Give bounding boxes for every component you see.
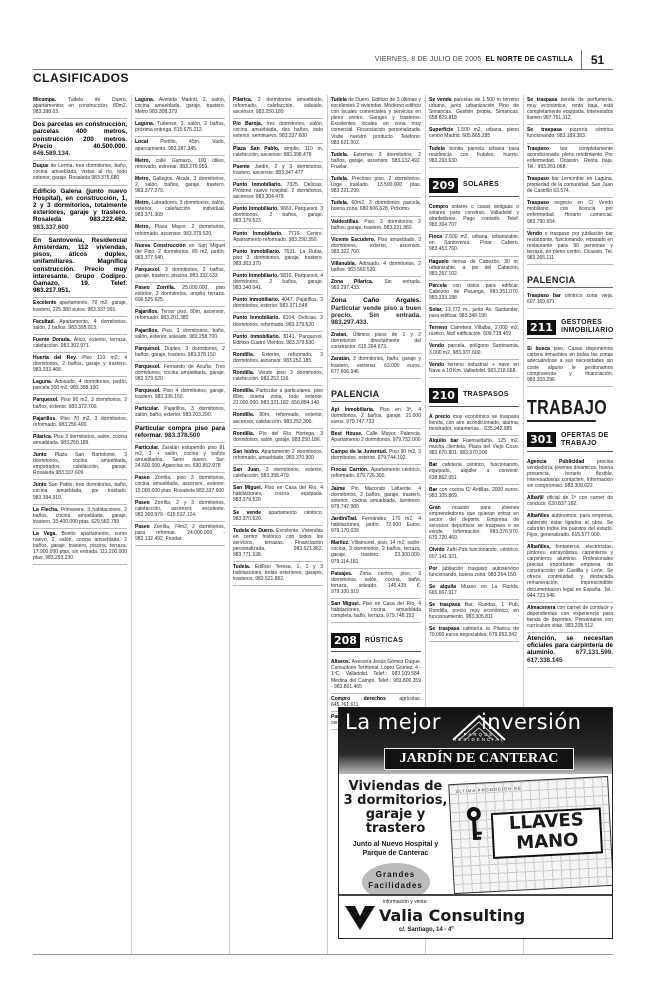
classified-ad: Albañiles autónomos, para empresa, sabie… (527, 511, 613, 541)
classified-ad: Micumpa. Tudela de Duero, apartamentos e… (33, 95, 127, 119)
classified-ad-lead: Pilarica. (33, 434, 54, 440)
classified-ad-lead: Se traspasa (429, 602, 465, 608)
classified-ad-lead: Si busca (527, 346, 554, 352)
classified-ad-lead: Rondilla. (233, 388, 256, 394)
section-label: OFERTAS DE TRABAJO (561, 432, 613, 448)
classified-ad-lead: A precio (429, 414, 453, 420)
classified-ad-lead: Punto Inmobiliario. (233, 231, 288, 237)
classified-ad: Mariluz. Villamuriel, piso, 14 m2, salón… (331, 538, 421, 568)
classified-ad-lead: Parquesol. (33, 397, 61, 403)
column-1: Micumpa. Tudela de Duero, apartamentos e… (33, 95, 127, 955)
ad-header: La mejorinversión PARQUERESIDENCIAL JARD… (339, 708, 612, 774)
classified-ad-lead: Traspaso (527, 200, 554, 206)
classified-ad-lead: Fincas Carrión. (331, 467, 371, 473)
section-header-209: 209SOLARES (429, 178, 519, 197)
section-label: RÚSTICAS (365, 637, 403, 645)
classified-ad: Terreno Carretera Villalba, 2.000 m2, rú… (429, 323, 519, 341)
classified-ad-lead: Compro derechos (331, 696, 399, 702)
classified-ad: Punto Inmobiliario. 8104. Delicias. 2 do… (233, 313, 323, 331)
trabajo-header: TRABAJO (527, 397, 596, 422)
classified-ad: Junto San Pablo, tres dormitorios, baño,… (33, 480, 127, 504)
classified-ad-lead: Punto Inmobiliario. (233, 315, 283, 321)
classified-ad-lead: Campo de la Juventud. (331, 449, 389, 455)
classified-ad: La Flecha. Primavera. 3 habitaciones, 2 … (33, 505, 127, 529)
classified-ad-lead: Paseo (135, 475, 155, 481)
classified-ad: Se alquila Museo en La Florida. 665.667.… (429, 582, 519, 600)
classified-ad: Jaime Pío Macondo Lafuente. 4 dormitorio… (331, 484, 421, 514)
classified-ad: Edificio Galena (junto nuevo Hospital), … (33, 186, 127, 235)
section-number-badge: 209 (429, 178, 458, 193)
section-title: CLASIFICADOS (33, 71, 129, 85)
section-number-badge: 210 (429, 388, 458, 403)
ad-company-name: Valia Consulting (379, 906, 525, 925)
classified-ad-lead: Zona Caño Argales. (331, 297, 421, 304)
classified-ad-lead: Punto Inmobiliario. (233, 334, 283, 340)
classified-ad-lead: Duque (33, 163, 51, 169)
section-label: TRASPASOS (463, 391, 509, 399)
classified-ad: Punto Inmobiliario. 5810. Parquesol, 4 d… (233, 271, 323, 295)
classified-ad-lead: San Juan. (233, 467, 266, 473)
classified-ad: Zaratán, 3 dormitorios, baño, garaje y t… (331, 354, 421, 378)
classified-ad: Aliseos. Asesoría Jesús Gómez Duque. Con… (331, 657, 421, 693)
classified-ad: Particular compra piso para reformar. 98… (135, 423, 225, 443)
classified-ad-lead: Particular. (135, 445, 162, 451)
classified-ad-lead: Vendo (429, 362, 448, 368)
classified-ad: Punto Inmobiliario. 7325. Delicias. Próx… (233, 180, 323, 204)
city-header: PALENCIA (527, 275, 613, 288)
section-header-301: 301OFERTAS DE TRABAJO (527, 432, 613, 452)
classified-ad: Particular. Zaratán estupendo piso 81 m2… (135, 443, 225, 473)
classified-ad-lead: Agencia Publicidad (527, 459, 597, 465)
classified-ad-lead: Se alquila (429, 584, 461, 590)
classified-ad: Gran ocasión para jóvenes emprendedores … (429, 503, 519, 546)
classified-ad-lead: Aliseos. (331, 659, 352, 665)
classified-ad: Metro, calle Gamazo, 100 útiles, renovad… (135, 156, 225, 174)
classified-ad: Puente Jardín, 2 y 3 dormitorios, traste… (233, 162, 323, 180)
ad-offer: Viviendas de 3 dormitorios, garaje y tra… (343, 780, 448, 901)
classified-ad-lead: Facultad. (33, 319, 59, 325)
classified-ad: Punto Inmobiliario. 9663. Parquesol. 3 d… (233, 204, 323, 228)
classified-ad-lead: Puente (233, 164, 254, 170)
classified-ad-lead: Punto Inmobiliario. (233, 182, 287, 188)
classified-ad-lead: Bar (429, 462, 442, 468)
classified-ad: Se vende parcelas de 1.500 m terreno urb… (429, 95, 519, 125)
classified-ad-lead: Tudela (331, 97, 348, 103)
classified-ad: Punto Inmobiliario. 7631. La Rubia, piso… (233, 247, 323, 271)
classified-ad: Paseo Zorrilla, 2 y 3 dormitorios, calef… (135, 498, 225, 522)
classified-ad-lead: Plaza San Pablo, (233, 146, 284, 152)
classified-ad: Laguna. Avenida Madrid, 2, salón, cocina… (135, 95, 225, 119)
classified-ad: Api Inmobiliaria. Piso en 3ª, 4 dormitor… (331, 405, 421, 429)
classified-ad: Tudela. Precioso piso, 2 dormitorios. Ur… (331, 174, 421, 198)
classified-ad-lead: Tudela. (331, 200, 352, 206)
classified-ad-lead: Punto Inmobiliario. (233, 249, 284, 255)
classified-ad-text: 983.337.600 (33, 224, 69, 231)
classified-ad-lead: Pajarillos. (135, 309, 161, 315)
classified-ad-lead: Superficie (429, 127, 457, 133)
classified-ad: Traspaso negocio en C/ Vendo mobiliario,… (527, 198, 613, 228)
classified-ad: Parquesol. Piso 4 dormitorios, garaje, t… (135, 386, 225, 404)
classified-ad-lead: Albañil (527, 495, 547, 501)
classified-ad: Campo de la Juventud. Piso 90 m2, 3 dorm… (331, 447, 421, 465)
classified-ad: Atención, se necesitan oficiales para ca… (527, 633, 613, 668)
classified-ad-lead: Zaratán, (331, 356, 353, 362)
classified-ad: Si busca piso, Casas disponemos cartera … (527, 344, 613, 387)
classified-ad-lead: Best House. (331, 431, 366, 437)
classified-ad-lead: Punto Inmobiliario. (233, 206, 280, 212)
newspaper-page: VIERNES, 8 DE JULIO DE 2005 EL NORTE DE … (33, 50, 613, 955)
classified-ad: Punto Inmobiliario. 7716. Centro. Aparta… (233, 229, 323, 247)
masthead: VIERNES, 8 DE JULIO DE 2005 EL NORTE DE … (33, 50, 613, 70)
classified-ad: Huerta del Rey. Piso 110 m2, 4 dormitori… (33, 353, 127, 377)
classified-ad-lead: Laguna. (135, 97, 159, 103)
classified-ad-text: ocasión para jóvenes emprendedores que q… (429, 505, 519, 541)
classified-ad: Vendo parcela, polígono Santovenia, 3.00… (429, 341, 519, 359)
classified-ad: Alquilo bar Fuensaldaña. 125 m2, mucha c… (429, 436, 519, 460)
section-header-208: 208RÚSTICAS (331, 633, 421, 652)
classified-ad-text: de Duero. Edificio de 3 últimas y excele… (331, 97, 421, 146)
classified-ad-lead: Terreno (429, 325, 450, 331)
classified-ad: Local Portillo, 45m. Vado, aparcamiento.… (135, 137, 225, 155)
section-number-badge: 301 (527, 432, 556, 447)
classified-ad-lead: Metro, (135, 158, 156, 164)
classified-ad: Almacenera con carnet de conducir y depe… (527, 603, 613, 633)
classified-ad-lead: Se vende (429, 97, 454, 103)
valia-logo-icon (345, 902, 375, 932)
column-2: Laguna. Avenida Madrid, 2, salón, cocina… (131, 95, 225, 955)
classified-ad-lead: Paseo Zorrilla. (135, 285, 182, 291)
classified-ad-lead: Rondilla. (233, 431, 259, 437)
ad-info-label: información y venta: (383, 899, 428, 905)
classified-ad: Se traspasa pizzería céntrica funcionand… (527, 125, 613, 143)
classified-ad: Bar con cocina C/ Antillas, 2000 euros. … (429, 485, 519, 503)
classified-ad-lead: Se vende (233, 510, 269, 516)
classified-ad: Olvido Zafri-Pub funcionando, céntrico. … (429, 545, 519, 563)
classified-ad: Paseo Zorrilla. 25.000.000, piso exterio… (135, 283, 225, 307)
ad-address: c/. Santiago, 14 - 4º (399, 927, 454, 933)
classified-ad: Tudela. 60m2, 3 dormitorios parcela, bue… (331, 198, 421, 216)
classified-ad: Facultad. Apartamento, 4 dormitorios, sa… (33, 317, 127, 335)
classified-ad-lead: Tudela. (233, 564, 255, 570)
section-number-badge: 211 (527, 320, 556, 335)
classified-ad-lead: Punto Inmobiliario. (233, 297, 281, 303)
classified-ad-lead: Se traspasa (527, 127, 570, 133)
classified-ad: Pilarica. 2 dormitorios amueblado, refor… (233, 95, 323, 119)
classified-ad-lead: Fuente Dorada. (33, 337, 74, 343)
classified-ad: Laguna. Adosado, 4 dormitorios, jardín, … (33, 377, 127, 395)
classified-ad-lead: Particular. (135, 406, 164, 412)
classified-ad: Se traspasa tienda de perfumería, muy ec… (527, 95, 613, 125)
classified-ad-lead: Rondilla. (233, 352, 262, 358)
classified-ad: Nueva Construcción en San Miguel del Pin… (135, 241, 225, 265)
masthead-date: VIERNES, 8 DE JULIO DE 2005 EL NORTE DE … (375, 56, 573, 63)
classified-ad-lead: Laguna. (135, 121, 157, 127)
classified-ad-lead: San Miguel. (233, 485, 265, 491)
classified-ad: Pajarillos. Tercer piso, 80m, ascensor, … (135, 307, 225, 325)
classified-ad: Solar, 13.772 m., junto Av. Santander, p… (429, 305, 519, 323)
classified-ad: En Santovenia, Residencial Amsterdam, 11… (33, 235, 127, 299)
newspaper-name: EL NORTE DE CASTILLA (486, 56, 573, 63)
classified-ad-lead: Haguelo (429, 259, 452, 265)
classified-ad-lead: Parcela (429, 283, 453, 289)
classified-ad: Parquesol. Piso 90 m2, 3 dormitorios, 2 … (33, 395, 127, 413)
classified-ad: Tudela. Estrenar, 3 dormitorios, 2 baños… (331, 150, 421, 174)
classified-ad-lead: Micumpa. (33, 97, 68, 103)
classified-ad-lead: Vendo (429, 343, 448, 349)
ad-footer: información y venta: Valia Consulting c/… (339, 894, 613, 938)
classified-ad: Se traspasa Bar, Ruedas, 1 Pub, Rondilla… (429, 600, 519, 624)
classified-ad: Tudela. Edificio Teresa, 1, 2 y 3 habita… (233, 562, 323, 586)
classified-ad-lead: Se traspasa (429, 626, 463, 632)
classified-ad: Vicente Escudero. Piso amueblado, 3 dorm… (331, 235, 421, 259)
classified-ad: Se traspasa cafetería la Pilarica de 70.… (429, 624, 519, 642)
classified-ad-text: piso, Casas disponemos cartera inmuebles… (527, 346, 613, 382)
classified-ad-text: jubilación traspaso autoservicio funcion… (429, 566, 519, 578)
classified-ad: Paseo Zorrilla, piso 3 dormitorios, coci… (135, 473, 225, 497)
classified-ad-lead: Solar, (429, 307, 445, 313)
classified-ad-lead: San Miguel. (331, 601, 363, 607)
classified-ad-lead: Punto Inmobiliario. (233, 273, 280, 279)
ad-plan-label: ÚLTIMA PROMOCIÓN DE (455, 785, 521, 793)
classified-ad-text: cafetería céntrico, funcionando, equipad… (429, 462, 519, 480)
classified-ad-lead: Pilarica. (233, 97, 258, 103)
ad-brand-subtitle: PARQUERESIDENCIAL (429, 732, 529, 742)
classified-ad-text: Particular vende piso a buen precio. Sin… (331, 305, 421, 326)
classified-ad: Parquesol. 3 dormitorios, 2 baños, garaj… (135, 265, 225, 283)
classified-ad: Metro, Labradores, 3 dormitorios, salón,… (135, 198, 225, 222)
classified-ad-lead: Metro, (135, 200, 152, 206)
classified-ad-lead: Compro (429, 204, 452, 210)
classified-ad: Se vende apartamento céntrico. 983.370.6… (233, 508, 323, 526)
classified-ad-lead: Huerta del Rey. (33, 355, 82, 361)
classified-ad-text: 646.589.134. (33, 150, 70, 157)
classified-ad: Albañil oficial de 1ª con carnet de cond… (527, 493, 613, 511)
classified-ad-lead: Bar (429, 487, 439, 493)
classified-ad-lead: Rondilla. (233, 412, 259, 418)
classified-ad: Parquesol. Dúplex, 3 dormitorios, 2 baño… (135, 344, 225, 362)
classified-ad-lead: La Vega. (33, 531, 62, 537)
classified-ad: Traspaso bar céntrico zona vieja. 607.16… (527, 291, 613, 309)
classified-ad: A precio muy económico se traspasa tiend… (429, 412, 519, 436)
classified-ad-lead: Almacenera (527, 605, 557, 611)
classified-ad-lead: Finca (429, 234, 445, 240)
classified-ad-lead: Traspaso bar (527, 293, 565, 299)
classified-ad-lead: Se traspasa (527, 97, 561, 103)
classified-ad: Agencia Publicidad precisa vendedor/a, j… (527, 457, 613, 493)
classified-ad-lead: Metro, (135, 176, 153, 182)
classified-ad: San Miguel. Piso en Casa del Río, 4 habi… (331, 599, 421, 623)
classified-ad-lead: Excelente (33, 300, 59, 306)
classified-ad-lead: La Flecha. (33, 507, 61, 513)
section-header-210: 210TRASPASOS (429, 388, 519, 407)
classified-ad-text: 983.378.500 (164, 432, 200, 439)
classified-ad-lead: San Isidro. (233, 449, 261, 455)
classified-ad-lead: Pajarillos. (33, 416, 60, 422)
classified-ad: Por jubilación traspaso autoservicio fun… (429, 564, 519, 582)
classified-ad-lead: Traspaso (527, 176, 552, 182)
classified-ad-lead: Jardín/Tad. (331, 516, 362, 522)
ad-offer-text: Viviendas de 3 dormitorios, garaje y tra… (343, 780, 448, 836)
column-3: Pilarica. 2 dormitorios amueblado, refor… (229, 95, 323, 955)
ad-floor-plan: ÚLTIMA PROMOCIÓN DE LLAVES MANO (448, 776, 613, 894)
classified-ad: Paseo Zorrilla, 74m2, 2 dormitorios, par… (135, 522, 225, 546)
classified-ad: Duque de Lerma, tres dormitorios, baño, … (33, 161, 127, 185)
ad-keys-banner: LLAVES MANO (491, 807, 603, 859)
classified-ad-lead: Albañiles, (527, 544, 556, 550)
advertisement-jardin-de-canterac[interactable]: La mejorinversión PARQUERESIDENCIAL JARD… (338, 707, 613, 939)
city-header: PALENCIA (331, 389, 421, 402)
classified-ad: San Isidro. Apartamento 2 dormitorios, r… (233, 447, 323, 465)
classified-ad: Laguna. Tudense, 3, salón, 2 baños, próx… (135, 119, 225, 137)
classified-ad: Zona Caño Argales. Particular vende piso… (331, 295, 421, 330)
classified-ad: Pajarillos. Piso 70 m2, 3 dormitorios, r… (33, 414, 127, 432)
classified-ad: Punto Inmobiliario. 4047. Pajarillos, 3 … (233, 295, 323, 313)
classified-ad: San Miguel. Piso en Casa del Río, 4 habi… (233, 483, 323, 507)
classified-ad: Rondilla. 80m, reformado, exterior, asce… (233, 410, 323, 428)
classified-ad: Rondilla. Exterior, reformado, 3 dormito… (233, 350, 323, 368)
page-number: 51 (581, 50, 613, 70)
section-number-badge: 208 (331, 633, 360, 648)
classified-ad-lead: Nueva Construcción (135, 243, 189, 249)
classified-ad: Zratan, Últimos pisos de 1 y 2 dormitori… (331, 330, 421, 354)
classified-ad: Pío Baroja, tres dormitorios, salón, coc… (233, 119, 323, 143)
section-label: GESTORES INMOBILIARIOS (561, 319, 613, 335)
classified-ad-lead: Local (135, 139, 160, 145)
classified-ad: Rondilla. Vendo piso 3 dormitorios, cale… (233, 368, 323, 386)
ad-brand-name: JARDÍN DE CANTERAC (384, 748, 574, 770)
classified-ad: Pilarica. Piso 3 dormitorios, salón, coc… (33, 432, 127, 450)
classified-ad-lead: Dos parcelas en construcción, parcelas 4… (33, 121, 127, 150)
classified-ad-lead: Paisajes. (331, 571, 360, 577)
classified-ad: Villanubla. Adosado, 4 dormitorios, 2 ba… (331, 259, 421, 277)
classified-ad-lead: Tudela (429, 146, 449, 152)
classified-ad-lead: Villanubla. (331, 261, 359, 267)
classified-ad: Tudela de Duero. Excelente. Viviendas en… (233, 526, 323, 562)
classified-ad-lead: Tudela. (331, 152, 353, 158)
classified-ad: Parquesol. Fernando de Acuña. Tres dormi… (135, 362, 225, 386)
classified-ad: Metro, Plaza Mayor, 2 dormitorios, refor… (135, 222, 225, 240)
section-label: SOLARES (463, 181, 499, 189)
classified-ad: Plaza San Pablo, amplio, 110 m, calefacc… (233, 144, 323, 162)
classified-ad-lead: Parquesol. (135, 388, 163, 394)
classified-ad-lead: Zratan, (331, 332, 353, 338)
classified-ad-lead: Olvido (429, 547, 447, 553)
classified-ad: Haguelo tierras de Cabezón, 30 m. urbani… (429, 257, 519, 281)
classified-ad-lead: Api Inmobiliaria. (331, 407, 380, 413)
classified-ad: Vendo terreno industrial + nave en Nave … (429, 360, 519, 378)
classified-ad-lead: Parquesol. (135, 346, 165, 352)
classified-ad: Paisajes. Zona centro, piso, 3 dormitori… (331, 569, 421, 599)
classified-ad-lead: Tudela. (331, 176, 352, 182)
classified-ad: Dos parcelas en construcción, parcelas 4… (33, 119, 127, 161)
classified-ad: Metro, Gallegos, Alcalá, 3 dormitorios, … (135, 174, 225, 198)
classified-ad-lead: Alquilo bar (429, 438, 463, 444)
classified-ad-text: fontaneros, electricistas, pintores, esc… (527, 544, 613, 599)
classified-ad-lead: Junto (33, 452, 55, 458)
classified-ad-lead: Paseo (135, 500, 155, 506)
classified-ad-lead: Vicente Escudero. (331, 237, 378, 243)
date-text: VIERNES, 8 DE JULIO DE 2005 (375, 56, 482, 63)
classified-ad-lead: Pajarillos. (135, 328, 162, 334)
classified-ad-lead: Junto (33, 482, 49, 488)
classified-ad-lead: Laguna. (33, 379, 55, 385)
classified-ad-lead: Rondilla. (233, 370, 258, 376)
classified-ad: Traspaso bar completamente acondicionado… (527, 144, 613, 174)
classified-ad: Bar cafetería céntrico, funcionando, equ… (429, 460, 519, 484)
classified-ad-lead: Valdestillas. (331, 219, 364, 225)
key-hand-icon (462, 805, 486, 844)
classified-ad-lead: Albañiles (527, 513, 552, 519)
classified-ad-lead: Jaime (331, 486, 351, 492)
classified-ad-lead: Paseo (135, 524, 154, 530)
classified-ad: Fincas Carrión. Apartamento céntrico, re… (331, 465, 421, 483)
ad-location: Junto al Nuevo Hospital y Parque de Cant… (343, 840, 448, 858)
classified-ad: Tudela de Duero. Edificio de 3 últimas y… (331, 95, 421, 150)
classified-ad: San Juan. 3 dormitorios, exterior, calef… (233, 465, 323, 483)
classified-ad: Vendo o traspaso por jubilación bar rest… (527, 229, 613, 265)
classified-ad-lead: Metro, (135, 224, 155, 230)
classified-ad: Rondilla. Particular a particulares, pis… (233, 386, 323, 410)
classified-ad-lead: Edificio Galena (junto nuevo Hospital), … (33, 188, 127, 224)
classified-ad: Fuente Dorada. Ático, exterior, terraza,… (33, 335, 127, 353)
classified-ad-lead: Traspaso (527, 146, 560, 152)
classified-ad: Particular. Pajarillos, 3 dormitorios, s… (135, 404, 225, 422)
classified-ad: Valdestillas. Piso, 3 dormitorios, 2 bañ… (331, 217, 421, 235)
classified-ad-lead: Parquesol. (135, 267, 165, 273)
classified-ad: Junto Plaza San Bartolomé, 3 dormitorios… (33, 450, 127, 480)
classified-ad: La Vega. Bonito apartamento, como nuevo,… (33, 529, 127, 565)
page-bottom-rule (33, 954, 613, 955)
classified-ad-lead: Tudela de Duero. (233, 528, 276, 534)
classified-ad-lead: Mariluz. (331, 540, 351, 546)
classified-ad: Rondilla. Pío del Río Hortega, 3 dormito… (233, 429, 323, 447)
classified-ad: Superficie 1.500 m2, urbana, pleno centr… (429, 125, 519, 143)
section-header-211: 211GESTORES INMOBILIARIOS (527, 319, 613, 339)
classified-ad: Pajarillos. Piso, 3 dormitorios, baño, s… (135, 326, 225, 344)
classified-ad: Excelente apartamento, 70 m2, garaje, tr… (33, 298, 127, 316)
classified-ad-lead: Por (429, 566, 442, 572)
classified-ad-lead: En Santovenia, Residencial Amsterdam, 11… (33, 237, 127, 294)
classified-ad: Traspaso bar Lemonbar en Laguna, propied… (527, 174, 613, 198)
classified-ad-lead: Vendo (527, 231, 545, 237)
classified-ad-text: con cocina C/ Antillas, 2000 euros. 983.… (429, 487, 519, 499)
classified-ad: Compro solares o casas antiguas o solare… (429, 202, 519, 232)
classified-ad: Tudela bonita parcela urbana para reside… (429, 144, 519, 168)
classified-ad-lead: Pío Baroja, (233, 121, 266, 127)
classified-ad: Best House. Calle Mayor, Palencia. Apart… (331, 429, 421, 447)
classified-ad: Punto Inmobiliario. 8141. Parquesol. Edi… (233, 332, 323, 350)
classified-ad-lead: Zona Pilarica. (331, 279, 384, 285)
classified-ad: Zona Pilarica. Sin entrada. 983.297.433. (331, 277, 421, 295)
classified-ad: Parcela con datos para edificar, Cabezón… (429, 281, 519, 305)
classified-ad-lead: Gran (429, 505, 452, 511)
classified-ad: Finca 2.500 m2, urbana, urbanizable, en … (429, 232, 519, 256)
classified-ad: Jardín/Tad. Fernández, 170 m2, 4 habitac… (331, 514, 421, 538)
classified-ad: Albañiles, fontaneros, electricistas, pi… (527, 542, 613, 603)
classified-ad-lead: Parquesol. (135, 364, 164, 370)
